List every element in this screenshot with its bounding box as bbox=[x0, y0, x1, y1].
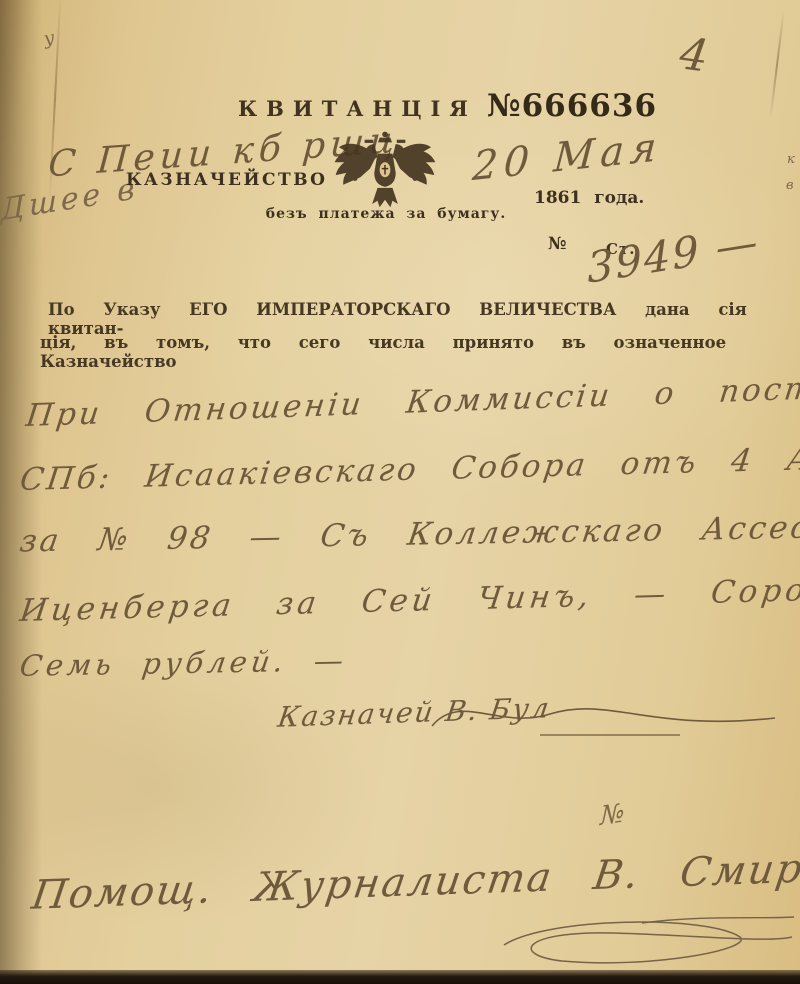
edge-mark-1: к bbox=[787, 152, 795, 167]
no-fee-note: безъ платежа за бумагу. bbox=[248, 206, 524, 222]
handwritten-date: 20 Мая bbox=[471, 124, 664, 191]
handwritten-line: Иценберга за Сей Чинъ, — Сорокъ bbox=[18, 571, 800, 629]
handwritten-article-number: 3949 — bbox=[586, 216, 761, 292]
handwritten-line: При Отношеніи Коммиссіи о построеніи bbox=[24, 366, 800, 434]
receipt-document-scan: у 4 к в КВИТАНЦІЯ №666636 С Пеии кб ршц … bbox=[0, 0, 800, 984]
document-title: КВИТАНЦІЯ №666636 bbox=[238, 88, 657, 124]
treasury-printed-label: КАЗНАЧЕЙСТВО bbox=[126, 170, 327, 190]
title-word: КВИТАНЦІЯ bbox=[238, 96, 477, 121]
fold-crease-right bbox=[769, 10, 784, 119]
pen-check-mark: у bbox=[42, 27, 56, 49]
printed-year: 1861 года. bbox=[534, 188, 644, 208]
handwritten-line: за № 98 — Съ Коллежскаго Ассесора bbox=[18, 508, 800, 559]
edge-mark-2: в bbox=[786, 178, 794, 193]
handwritten-line: Семь рублей. — bbox=[18, 643, 350, 683]
clerk-signature-paraph-flourish bbox=[492, 905, 797, 975]
printed-body-line-2: ція, въ томъ, что сего числа принято въ … bbox=[40, 333, 760, 371]
handwritten-line: СПб: Исаакіевскаго Собора отъ 4 Апрѣля bbox=[18, 438, 800, 498]
title-receipt-number: №666636 bbox=[487, 88, 657, 124]
treasurer-signature-flourish bbox=[430, 688, 780, 744]
number-field-label: № bbox=[548, 234, 566, 254]
bottom-small-mark: № bbox=[600, 798, 625, 832]
page-number-mark: 4 bbox=[677, 28, 712, 82]
